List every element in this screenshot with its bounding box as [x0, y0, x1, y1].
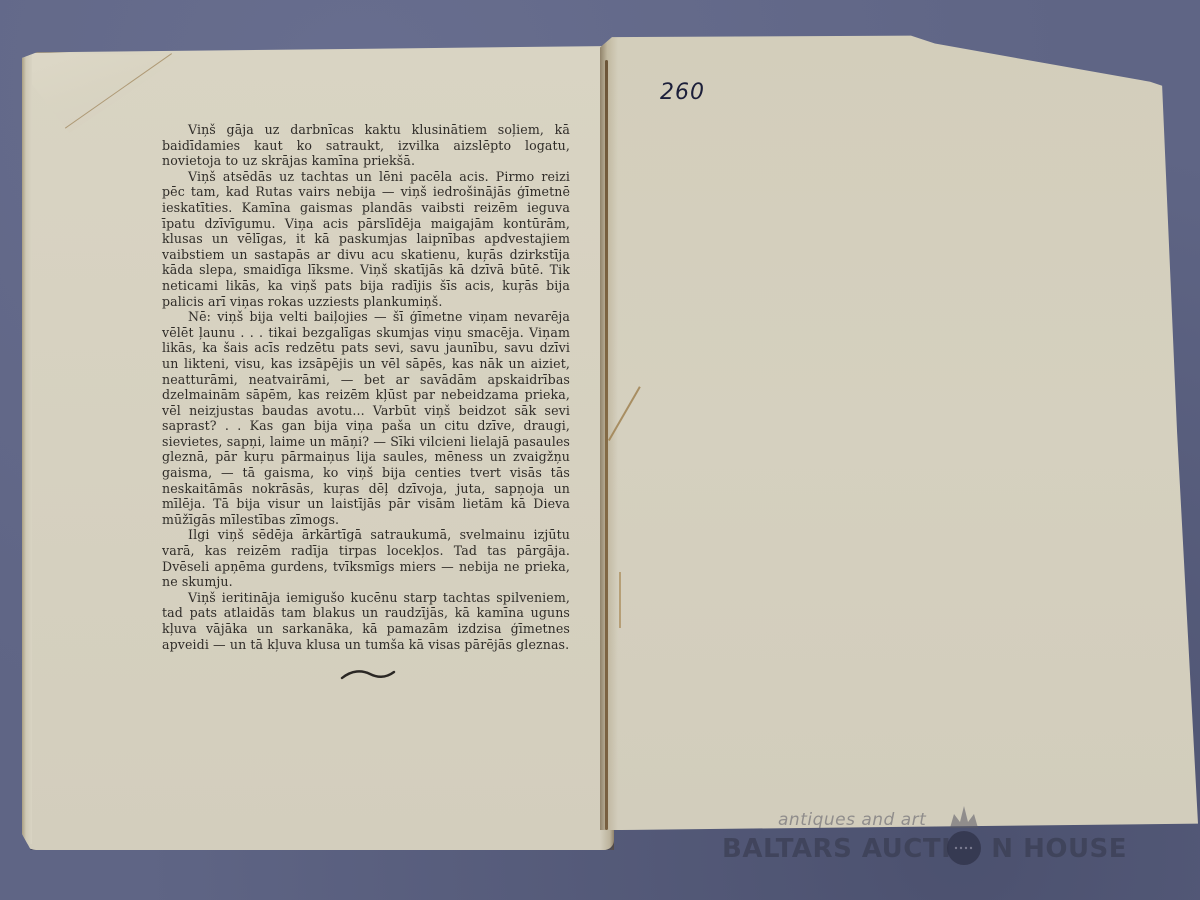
- paragraph: Viņš ieritināja iemigušo kucēnu starp ta…: [162, 590, 570, 652]
- watermark-brand: BALTARS AUCTIN HOUSE: [722, 834, 1127, 864]
- paragraph: Nē: viņš bija velti baiļojies — šī ģīmet…: [162, 309, 570, 527]
- paragraph: Viņš gāja uz darbnīcas kaktu klusinātiem…: [162, 122, 570, 169]
- watermark-tagline: antiques and art: [778, 810, 926, 830]
- page-text: Viņš gāja uz darbnīcas kaktu klusinātiem…: [162, 122, 570, 652]
- watermark: antiques and art BALTARS AUCTIN HOUSE: [722, 806, 1122, 870]
- folded-corner: [32, 52, 182, 133]
- paragraph: Ilgi viņš sēdēja ārkārtīgā satraukumā, s…: [162, 527, 570, 589]
- paper-tear: [619, 572, 621, 628]
- photo-scene: Viņš gāja uz darbnīcas kaktu klusinātiem…: [0, 0, 1200, 900]
- left-page: Viņš gāja uz darbnīcas kaktu klusinātiem…: [22, 46, 614, 850]
- watermark-brand-suffix: N HOUSE: [991, 834, 1127, 864]
- watermark-brand-prefix: BALTARS AUCTI: [722, 834, 951, 864]
- tilde-flourish-icon: [340, 668, 396, 682]
- right-page: [600, 34, 1198, 830]
- handwritten-page-number: 260: [660, 80, 705, 105]
- crown-over-circle-icon: [944, 806, 984, 868]
- paragraph: Viņš atsēdās uz tachtas un lēni pacēla a…: [162, 169, 570, 309]
- book-spine: [605, 60, 608, 830]
